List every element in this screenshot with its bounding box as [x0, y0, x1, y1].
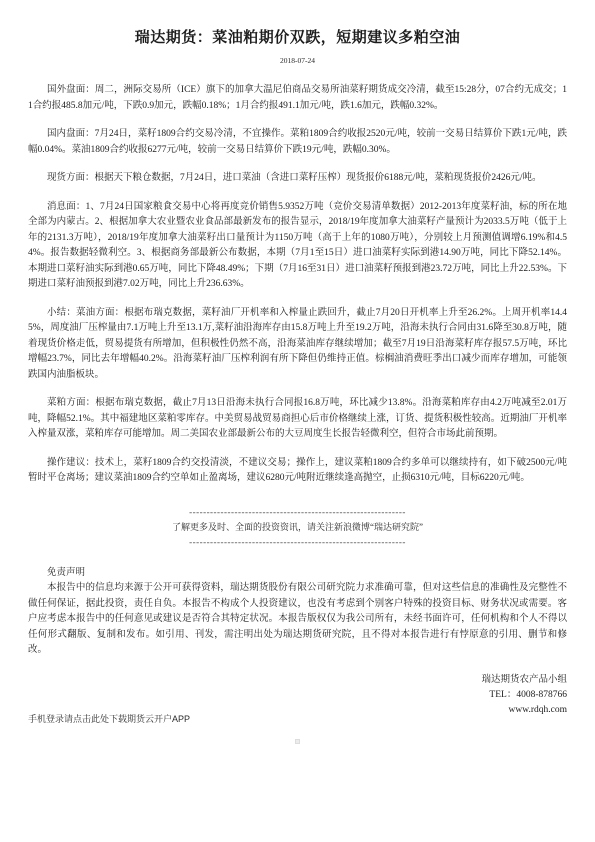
app-download-link[interactable]: 手机登录请点击此处下载期货云开户APP — [28, 712, 190, 725]
paragraph-trade-advice: 操作建议：技术上，菜籽1809合约交投清淡，不建议交易；操作上，建议菜粕1809… — [28, 456, 567, 487]
paragraph-news: 消息面：1、7月24日国家粮食交易中心将再度竞价销售5.9352万吨（竞价交易清… — [28, 200, 567, 293]
disclaimer-section: 免责声明 本报告中的信息均来源于公开可获得资料，瑞达期货股份有限公司研究院力求准… — [28, 566, 567, 659]
paragraph-domestic-market: 国内盘面：7月24日，菜籽1809合约交易冷清，不宜操作。菜粕1809合约收报2… — [28, 127, 567, 158]
signature-block: 瑞达期货农产品小组 TEL：4008-878766 www.rdqh.com — [28, 673, 567, 718]
report-date: 2018-07-24 — [28, 56, 567, 65]
broken-image-placeholder-icon — [295, 739, 300, 744]
report-page: 瑞达期货：菜油粕期价双跌，短期建议多粕空油 2018-07-24 国外盘面：周二… — [0, 0, 595, 842]
promo-block: ----------------------------------------… — [28, 505, 567, 550]
disclaimer-body: 本报告中的信息均来源于公开可获得资料，瑞达期货股份有限公司研究院力求准确可靠，但… — [28, 581, 567, 659]
paragraph-rapeseed-meal: 菜粕方面：根据布瑞克数据，截止7月13日沿海未执行合同报16.8万吨，环比减少1… — [28, 396, 567, 443]
report-body: 国外盘面：周二，洲际交易所（ICE）旗下的加拿大温尼伯商品交易所油菜籽期货成交冷… — [28, 83, 567, 487]
signature-tel: TEL：4008-878766 — [28, 688, 567, 703]
promo-text: 了解更多及时、全面的投资资讯，请关注新浪微博“瑞达研究院” — [172, 522, 423, 532]
paragraph-spot-market: 现货方面：根据天下粮仓数据，7月24日，进口菜油（含进口菜籽压榨）现货报价618… — [28, 171, 567, 187]
promo-divider-top: ----------------------------------------… — [28, 505, 567, 520]
paragraph-summary-rapeseed-oil: 小结：菜油方面：根据布瑞克数据，菜籽油厂开机率和入榨量止跌回升，截止7月20日开… — [28, 306, 567, 384]
signature-team: 瑞达期货农产品小组 — [28, 673, 567, 688]
disclaimer-heading: 免责声明 — [28, 566, 567, 582]
promo-divider-bottom: ----------------------------------------… — [28, 535, 567, 550]
report-title: 瑞达期货：菜油粕期价双跌，短期建议多粕空油 — [28, 28, 567, 48]
paragraph-foreign-market: 国外盘面：周二，洲际交易所（ICE）旗下的加拿大温尼伯商品交易所油菜籽期货成交冷… — [28, 83, 567, 114]
